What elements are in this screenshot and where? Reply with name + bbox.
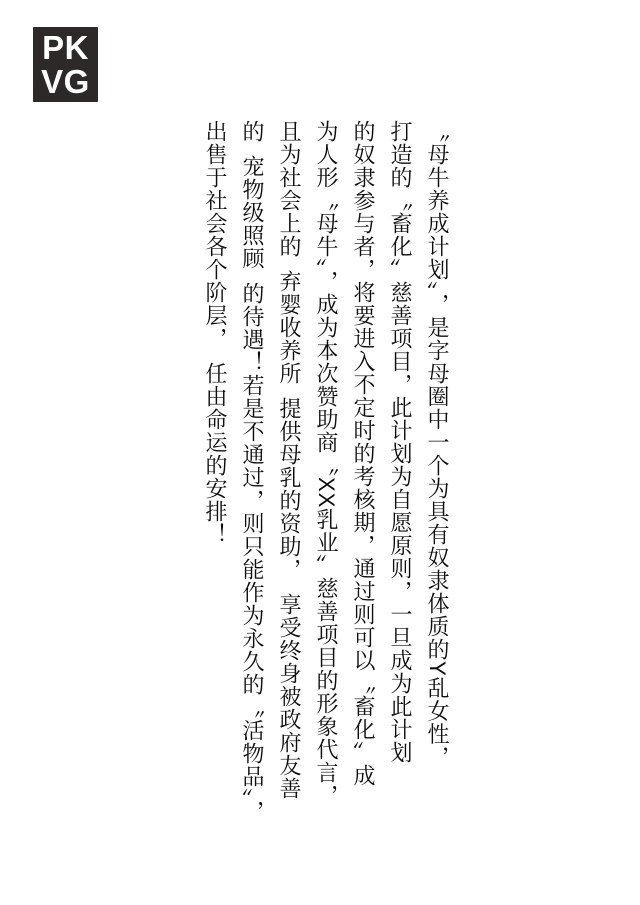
pkvg-logo: PK VG [33,27,98,102]
logo-line-2: VG [41,65,90,99]
text-column: 〝母牛养成计划〞，是字母圈中一个为具有奴隶体质的Y乱女性， [419,120,456,902]
text-column: 为人形〝母牛〞，成为本次赞助商〝XX乳业〞慈善项目的形象代言， [308,120,345,902]
text-column: 的奴隶参与者，将要进入不定时的考核期，通过则可以〝畜化〞成 [345,120,382,902]
text-column: 出售于社会各个阶层， 任由命运的安排！ [197,120,234,902]
text-column: 打造的〝畜化〞慈善项目，此计划为自愿原则，一旦成为此计划 [382,120,419,902]
vertical-text-block: 〝母牛养成计划〞，是字母圈中一个为具有奴隶体质的Y乱女性， 打造的〝畜化〞慈善项… [197,120,456,902]
page: PK VG 〝母牛养成计划〞，是字母圈中一个为具有奴隶体质的Y乱女性， 打造的〝… [0,0,640,905]
text-column: 且为社会上的 弃婴收养所 提供母乳的资助， 享受终身被政府友善 [271,120,308,902]
text-column: 的 宠物级照顾 的待遇！若是不通过，则只能作为永久的〝活物品〞， [234,120,271,902]
logo-line-1: PK [42,31,89,65]
